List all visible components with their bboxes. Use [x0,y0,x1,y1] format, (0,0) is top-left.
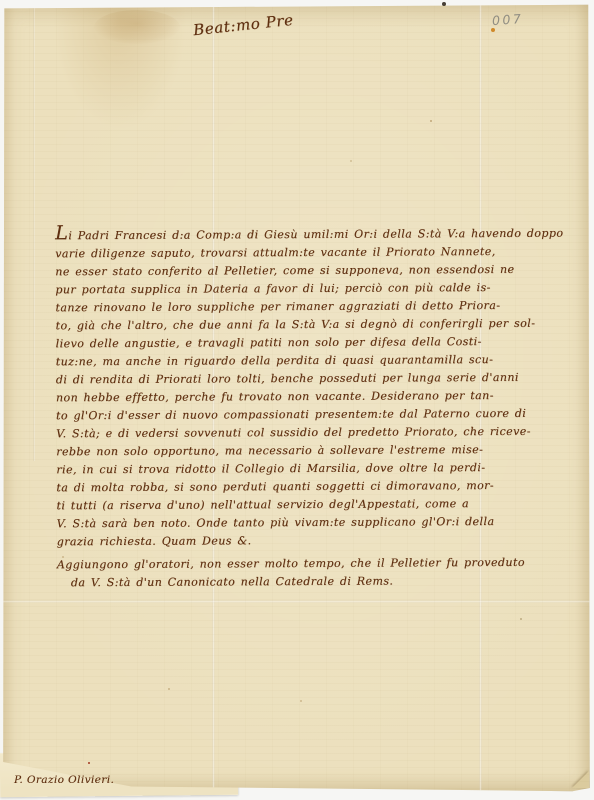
fold-line-horizontal [2,600,590,603]
folio-number: 007 [492,11,524,28]
manuscript-page: Beat:mo Pre 007 Li Padri Francesi d:a Co… [2,4,590,792]
letter-line: V. S:tà sarà ben noto. Onde tanto più vi… [57,513,553,534]
paper-crease [33,4,35,461]
postscript-line: Aggiungono gl'oratori, non esser molto t… [57,554,553,575]
manuscript-scan: Beat:mo Pre 007 Li Padri Francesi d:a Co… [0,0,594,800]
archivist-signature: P. Orazio Olivieri. [14,774,114,786]
letter-line: ta di molta robba, si sono perduti quant… [56,477,552,498]
letter-salutation: Beat:mo Pre [192,11,294,39]
corner-dogear [572,771,589,788]
postscript-line: da V. S:tà d'un Canonicato nella Catedra… [57,572,553,593]
letter-line: grazia richiesta. Quam Deus &. [57,531,553,552]
paper-specks [0,0,2,2]
letter-body: Li Padri Francesi d:a Comp:a di Giesù um… [55,225,553,593]
paper-stain [94,10,180,44]
letter-postscript: Aggiungono gl'oratori, non esser molto t… [57,554,553,593]
